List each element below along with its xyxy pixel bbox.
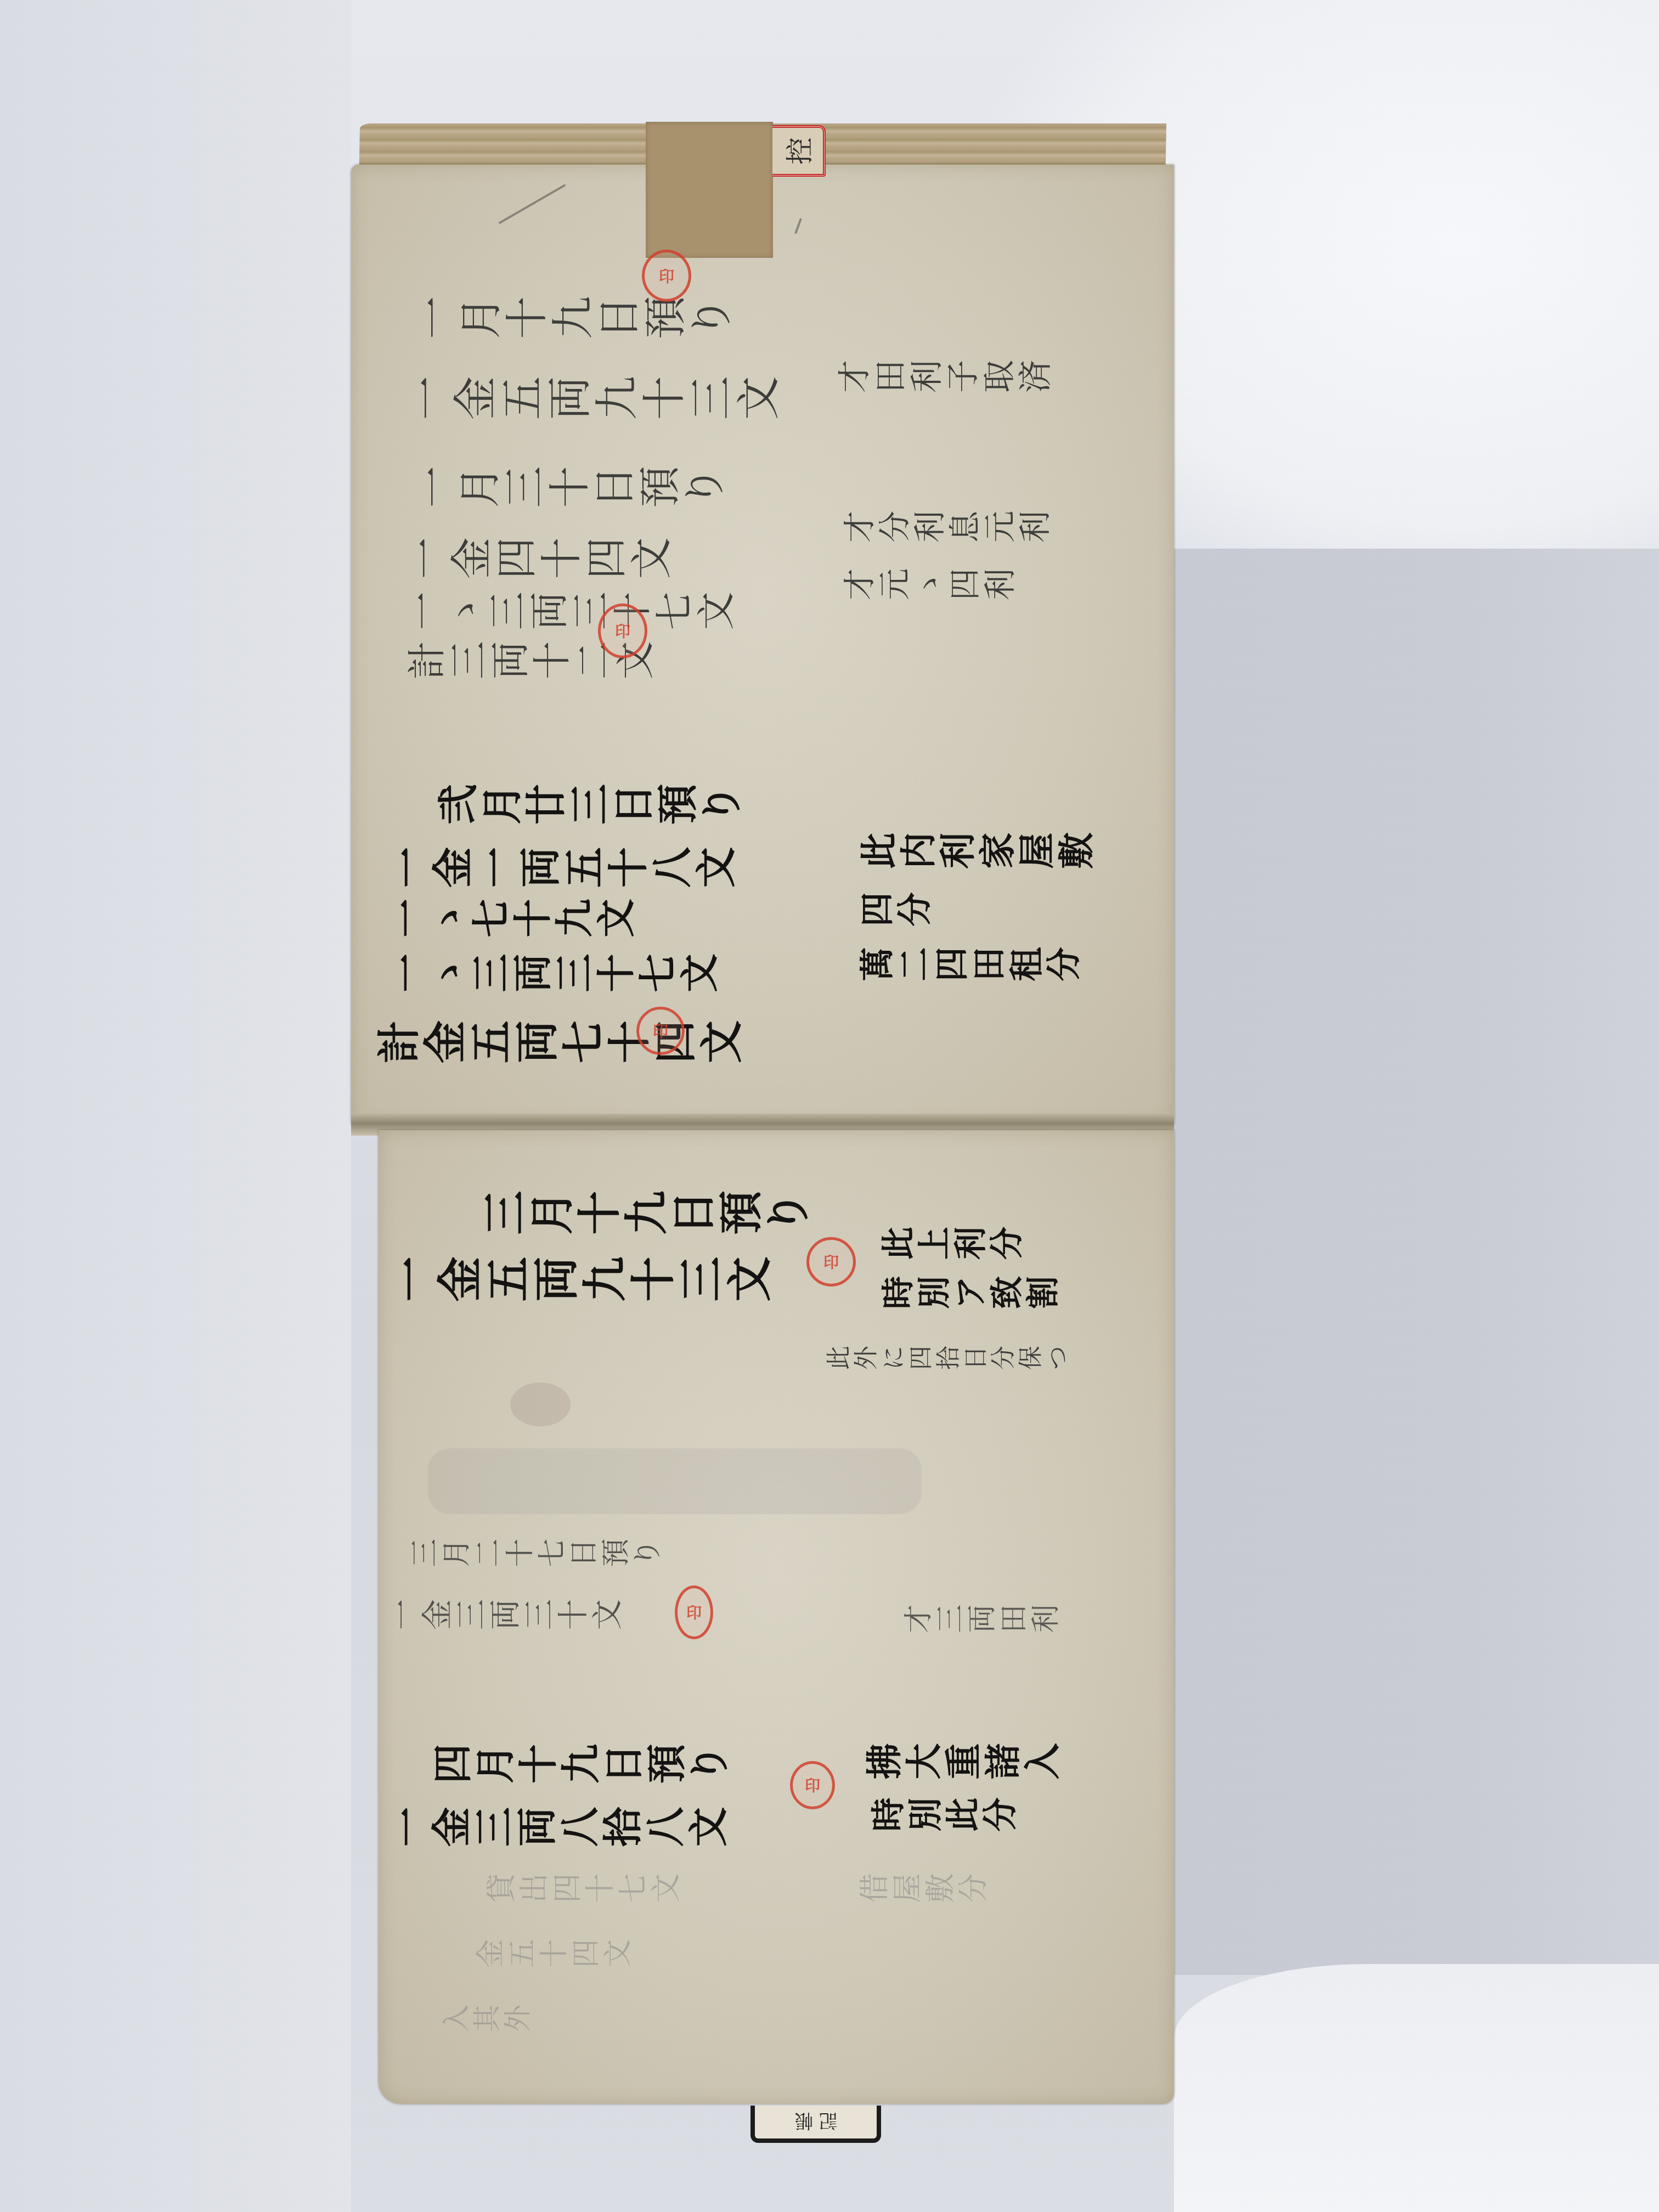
entry-text: 一ゝ 三両三十七文: [400, 582, 734, 637]
note-text: 才分 利息 元利: [839, 502, 1050, 548]
ledger-note: 此 内 利 家 屋 敷: [856, 823, 1093, 875]
entry-text: 一金 三両 三十文: [384, 1591, 622, 1635]
entry-text: 三月二十七日 預り: [406, 1531, 661, 1572]
background-highlight-bottom: [1174, 1964, 1659, 2212]
bottom-label: 記 帳: [751, 2106, 881, 2143]
ledger-entry: 一ゝ 七 十九文: [384, 889, 634, 944]
note-text: 時 別 此 分: [867, 1788, 1016, 1837]
paper-tab: [646, 122, 773, 258]
ledger-entry: 計金 五両 七十四文: [373, 1009, 742, 1071]
red-seal-stamp: 印: [675, 1585, 713, 1639]
red-seal-stamp: 印: [642, 250, 691, 302]
entry-text: 一金 五両九十三文: [384, 1245, 770, 1310]
ledger-note: 才分 利息 元利: [839, 502, 1050, 548]
ledger-note: 萬 二 四 田 租 分: [856, 938, 1080, 987]
ledger-entry: 一金四十四文: [400, 527, 670, 586]
ledger-note: 四 分: [856, 883, 930, 932]
note-text: 此 外 に 四 拾 日 分 保 つ: [823, 1339, 1070, 1374]
ledger-note: 才元ゝ 四 利: [839, 560, 1015, 606]
ledger-entry: 一金 三両 八拾八文: [384, 1797, 726, 1854]
label-text: 控: [778, 137, 817, 165]
ledger-note: 才 三 両 田 利: [900, 1596, 1059, 1638]
entry-text: 一金五両九十三文: [400, 365, 778, 428]
ledger-entry: 三月二十七日 預り: [406, 1531, 661, 1572]
red-bordered-label: 控: [772, 125, 826, 177]
ledger-entry: 一金 三両 三十文: [384, 1591, 622, 1635]
bleed-through-mark: [428, 1448, 922, 1514]
note-text: 時 別 ア 致 割: [878, 1267, 1059, 1314]
note-text: 才田 利子 取済: [834, 351, 1051, 398]
entry-text: 三月十九日 預り: [477, 1180, 808, 1243]
ledger-entry: 一月三十日 預り: [409, 455, 724, 515]
entry-text: 一金四十四文: [400, 527, 670, 586]
note-text: 萬 二 四 田 租 分: [856, 938, 1080, 987]
bottom-label-text: 記 帳: [794, 2109, 838, 2136]
ledger-entry: 三月十九日 預り: [477, 1180, 808, 1243]
entry-text: 計金 五両 七十四文: [373, 1009, 742, 1071]
bleed-through-text: 貸 出 四 十 七 文: [483, 1865, 680, 1908]
entry-text: 一金一両五十八文: [384, 837, 735, 895]
ledger-entry: 一金五両九十三文: [400, 365, 778, 428]
note-text: 才 三 両 田 利: [900, 1596, 1059, 1638]
background-shadow: [1174, 549, 1659, 1975]
red-seal-stamp: 印: [790, 1761, 835, 1809]
background-left: [0, 0, 351, 2212]
ledger-entry: 一金 五両九十三文: [384, 1245, 770, 1310]
note-text: 才元ゝ 四 利: [839, 560, 1015, 606]
ledger-note: 此 外 に 四 拾 日 分 保 つ: [823, 1339, 1070, 1374]
entry-text: 一ゝ 七 十九文: [384, 889, 634, 944]
bleed-through-mark: [510, 1383, 571, 1426]
note-text: 此 内 利 家 屋 敷: [856, 823, 1093, 875]
bleed-through-text: 金 五 十 四 文: [472, 1931, 631, 1972]
note-text: 四 分: [856, 883, 930, 932]
ledger-entry: 弐月廿三日 預り: [433, 774, 741, 832]
note-text: 此 上 利 分: [878, 1218, 1023, 1265]
ledger-entry: 四月十九日 預り: [428, 1734, 727, 1791]
bleed-through-text: 入 其 外: [439, 1997, 531, 2036]
entry-text: 弐月廿三日 預り: [433, 774, 741, 832]
red-seal-stamp: 印: [806, 1237, 856, 1286]
ledger-note: 此 上 利 分: [878, 1218, 1023, 1265]
ledger-note: 時 別 此 分: [867, 1788, 1016, 1837]
ledger-note: 時 別 ア 致 割: [878, 1267, 1059, 1314]
bleed-through-text: 借 屋 敷 分: [856, 1865, 988, 1908]
entry-text: 一月三十日 預り: [409, 455, 724, 515]
note-text: 拂 大 重 諸 入: [861, 1734, 1059, 1786]
ledger-entry: 一ゝ 三両三十七文: [400, 582, 734, 637]
entry-text: 一金 三両 八拾八文: [384, 1797, 726, 1854]
entry-text: 四月十九日 預り: [428, 1734, 727, 1791]
ledger-entry: 一ゝ 三両三十七文: [384, 944, 718, 999]
red-seal-stamp: 印: [598, 603, 647, 658]
entry-text: 一ゝ 三両三十七文: [384, 944, 718, 999]
red-seal-stamp: 印: [636, 1007, 685, 1055]
ledger-note: 才田 利子 取済: [834, 351, 1051, 398]
ledger-note: 拂 大 重 諸 入: [861, 1734, 1059, 1786]
ledger-entry: 一金一両五十八文: [384, 837, 735, 895]
